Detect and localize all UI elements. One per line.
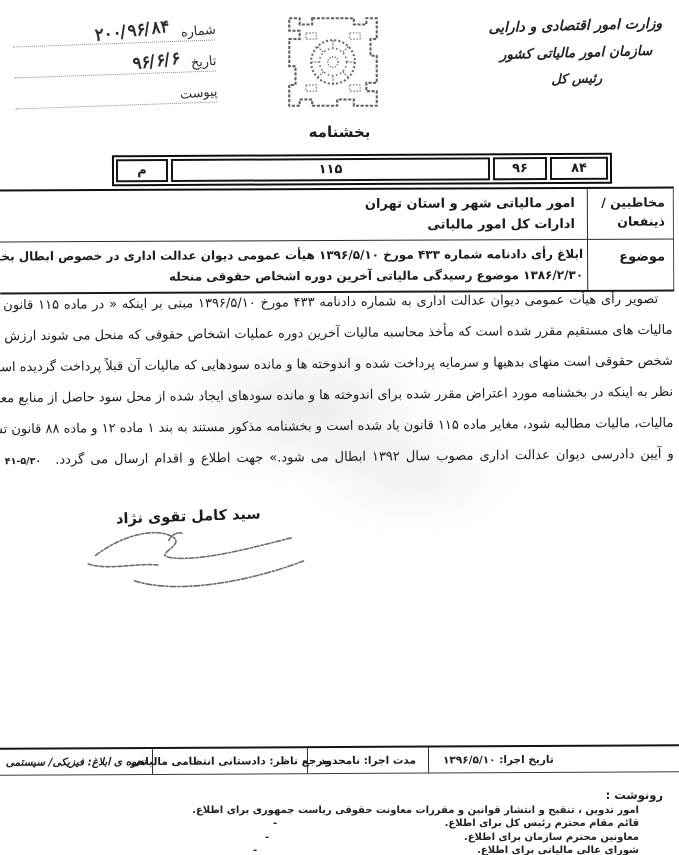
archive-code: ۵/۳۰-۴۱ xyxy=(5,456,42,467)
addressee-content: امور مالیاتی شهر و استان تهران ادارات کل… xyxy=(0,189,587,244)
info-table: مخاطبین / ذینفعان امور مالیاتی شهر و است… xyxy=(0,187,674,295)
cc-dash: - xyxy=(265,831,269,844)
body-paragraph: تصویر رأی هیأت عمومی دیوان عدالت اداری ب… xyxy=(3,284,674,477)
letterhead-role: رئیس کل xyxy=(482,70,672,90)
body-line-text: و آیین دادرسی دیوان عدالت اداری مصوب سال… xyxy=(55,447,674,468)
addressee-line2: ادارات کل امور مالیاتی xyxy=(0,214,575,238)
circular-title: بخشنامه xyxy=(0,123,679,141)
classification-box-type: م xyxy=(116,159,168,182)
letterhead: وزارت امور اقتصادی و دارایی سازمان امور … xyxy=(480,16,672,90)
footer-table: نحوه ی ابلاغ: فیزیکی/ سیستمی مرجع ناظر: … xyxy=(0,744,679,776)
registry-number-value: ۲۰۰/۹۶/۸۴ xyxy=(91,17,172,46)
cc-item-text: قائم مقام محترم رئیس کل برای اطلاع. xyxy=(445,818,639,829)
registry-date-row: تاریخ ۹۶/۶/۶ xyxy=(14,49,217,78)
addressee-label-line2: ذینفعان xyxy=(596,212,665,231)
cc-label: رونوشت : xyxy=(195,788,663,802)
registry-number-label: شماره xyxy=(177,23,217,41)
tax-organization-seal-icon xyxy=(283,12,383,112)
footer-duration: مدت اجرا: نامحدود xyxy=(308,748,429,774)
registry-block: شماره ۲۰۰/۹۶/۸۴ تاریخ ۹۶/۶/۶ پیوست xyxy=(12,19,217,119)
cc-item: - امور تدوین ، تنقیح و انتشار قوانین و م… xyxy=(195,804,663,817)
registry-attachment-row: پیوست xyxy=(15,80,218,109)
registry-attachment-label: پیوست xyxy=(177,85,219,103)
scanned-circular-page: شماره ۲۰۰/۹۶/۸۴ تاریخ ۹۶/۶/۶ پیوست xyxy=(0,0,679,855)
classification-boxes: م ۱۱۵ ۹۶ ۸۴ xyxy=(112,153,612,187)
letterhead-ministry: وزارت امور اقتصادی و دارایی xyxy=(480,16,670,37)
registry-date-label: تاریخ xyxy=(188,54,218,71)
cc-dash: - xyxy=(273,817,277,830)
classification-box-article: ۱۱۵ xyxy=(171,157,490,182)
classification-box-year: ۹۶ xyxy=(493,157,547,180)
cc-item-text: معاونین محترم سازمان برای اطلاع. xyxy=(464,832,639,843)
subject-label: موضوع xyxy=(587,240,673,290)
cc-dash: - xyxy=(253,844,257,855)
footer-supervisor: مرجع ناظر: دادستانی انتظامی مالیاتی xyxy=(153,748,308,774)
addressee-label: مخاطبین / ذینفعان xyxy=(587,189,673,240)
cc-item: - شورای عالی مالیاتی برای اطلاع. xyxy=(195,844,663,855)
signature-scribble-icon xyxy=(76,509,331,606)
registry-date-value: ۹۶/۶/۶ xyxy=(128,49,182,75)
cc-item: - قائم مقام محترم رئیس کل برای اطلاع. xyxy=(195,817,663,830)
cc-item: - معاونین محترم سازمان برای اطلاع. xyxy=(195,831,663,844)
addressee-label-line1: مخاطبین / xyxy=(596,193,665,212)
cc-dash: - xyxy=(257,804,261,817)
cc-block: رونوشت : - امور تدوین ، تنقیح و انتشار ق… xyxy=(195,788,663,855)
body-line: و آیین دادرسی دیوان عدالت اداری مصوب سال… xyxy=(5,439,674,477)
footer-execution-date: تاریخ اجرا: ۱۳۹۶/۵/۱۰ xyxy=(429,746,679,772)
cc-item-text: شورای عالی مالیاتی برای اطلاع. xyxy=(477,845,639,855)
letterhead-organization: سازمان امور مالیاتی کشور xyxy=(481,43,671,64)
classification-box-number: ۸۴ xyxy=(550,157,608,180)
registry-number-row: شماره ۲۰۰/۹۶/۸۴ xyxy=(12,19,215,48)
